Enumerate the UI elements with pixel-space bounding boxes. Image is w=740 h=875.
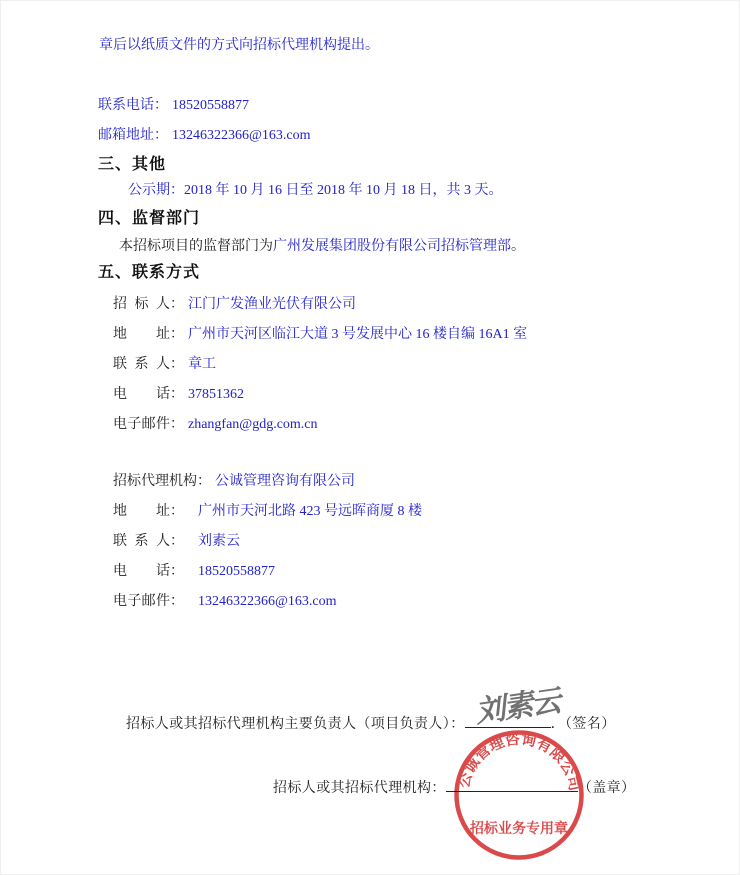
agency-row: 地址：广州市天河北路 423 号远晖商厦 8 楼 <box>113 504 422 519</box>
agency-phone-value: 18520558877 <box>184 564 275 579</box>
contact-email-label: 邮箱地址 <box>98 128 154 143</box>
agency-email-value: 13246322366@163.com <box>184 594 337 609</box>
tenderer-name-value: 江门广发渔业光伏有限公司 <box>184 297 356 312</box>
contact-phone-label: 联系电话 <box>98 98 154 113</box>
contact-phone-line: 联系电话：18520558877 <box>98 98 249 114</box>
agency-row: 招标代理机构：公诚管理咨询有限公司 <box>113 474 422 489</box>
agency-name-value: 公诚管理咨询有限公司 <box>211 474 355 489</box>
tenderer-person-value: 章工 <box>184 357 216 372</box>
signature-line1-label: 招标人或其招标代理机构主要负责人（项目负责人）： <box>126 717 465 732</box>
section-heading-contact: 五、联系方式 <box>98 264 200 282</box>
supervision-body: 本招标项目的监督部门为广州发展集团股份有限公司招标管理部。 <box>119 239 525 255</box>
section-heading-other: 三、其他 <box>98 156 166 174</box>
tenderer-phone-label: 电话 <box>113 387 170 402</box>
tenderer-name-label: 招标人 <box>113 297 170 312</box>
tenderer-address-label: 地址 <box>113 327 170 342</box>
tenderer-row: 招标人：江门广发渔业光伏有限公司 <box>113 297 527 312</box>
section-heading-supervision: 四、监督部门 <box>98 210 200 228</box>
colon: ： <box>170 504 184 519</box>
colon: ： <box>170 534 184 549</box>
agency-row: 电子邮件：13246322366@163.com <box>113 594 422 609</box>
colon: ： <box>170 357 184 372</box>
contact-email-value: 13246322366@163.com <box>168 128 311 143</box>
agency-email-label: 电子邮件 <box>113 594 170 609</box>
colon: ： <box>170 327 184 342</box>
tenderer-email-label: 电子邮件 <box>113 417 170 432</box>
tenderer-email-value: zhangfan@gdg.com.cn <box>184 417 318 432</box>
colon: ： <box>170 297 184 312</box>
agency-address-label: 地址 <box>113 504 170 519</box>
contact-email-line: 邮箱地址：13246322366@163.com <box>98 128 311 144</box>
tenderer-phone-value: 37851362 <box>184 387 244 402</box>
company-stamp: 公诚管理咨询有限公司 招标业务专用章 <box>451 727 587 863</box>
colon: ： <box>170 594 184 609</box>
agency-person-value: 刘素云 <box>184 534 240 549</box>
tenderer-person-label: 联系人 <box>113 357 170 372</box>
colon: ： <box>170 564 184 579</box>
agency-address-value: 广州市天河北路 423 号远晖商厦 8 楼 <box>184 504 422 519</box>
tenderer-row: 地址：广州市天河区临江大道 3 号发展中心 16 楼自编 16A1 室 <box>113 327 527 342</box>
signature-line2-label: 招标人或其招标代理机构： <box>273 781 446 796</box>
agency-phone-label: 电话 <box>113 564 170 579</box>
tenderer-address-value: 广州市天河区临江大道 3 号发展中心 16 楼自编 16A1 室 <box>184 327 527 342</box>
colon: ： <box>154 98 168 113</box>
supervision-department: 广州发展集团股份有限公司招标管理部 <box>273 239 511 254</box>
colon: ： <box>170 417 184 432</box>
agency-row: 联系人：刘素云 <box>113 534 422 549</box>
agency-name-label: 招标代理机构 <box>113 474 197 489</box>
agency-person-label: 联系人 <box>113 534 170 549</box>
agency-contact-block: 招标代理机构：公诚管理咨询有限公司 地址：广州市天河北路 423 号远晖商厦 8… <box>113 474 422 624</box>
svg-text:公诚管理咨询有限公司: 公诚管理咨询有限公司 <box>455 730 584 793</box>
supervision-suffix: 。 <box>511 239 525 254</box>
document-page: 章后以纸质文件的方式向招标代理机构提出。 联系电话：18520558877 邮箱… <box>0 0 740 875</box>
tenderer-contact-block: 招标人：江门广发渔业光伏有限公司 地址：广州市天河区临江大道 3 号发展中心 1… <box>113 297 527 447</box>
colon: ： <box>197 474 211 489</box>
stamp-bottom-text: 招标业务专用章 <box>469 820 568 837</box>
tenderer-row: 电子邮件：zhangfan@gdg.com.cn <box>113 417 527 432</box>
contact-phone-value: 18520558877 <box>168 98 249 113</box>
colon: ： <box>170 387 184 402</box>
colon: ： <box>154 128 168 143</box>
publicity-period-line: 公示期：2018 年 10 月 16 日至 2018 年 10 月 18 日，共… <box>128 183 503 199</box>
intro-line: 章后以纸质文件的方式向招标代理机构提出。 <box>99 38 379 54</box>
agency-row: 电话：18520558877 <box>113 564 422 579</box>
stamp-arc-text: 公诚管理咨询有限公司 <box>455 730 584 793</box>
tenderer-row: 联系人：章工 <box>113 357 527 372</box>
supervision-prefix: 本招标项目的监督部门为 <box>119 239 273 254</box>
tenderer-row: 电话：37851362 <box>113 387 527 402</box>
